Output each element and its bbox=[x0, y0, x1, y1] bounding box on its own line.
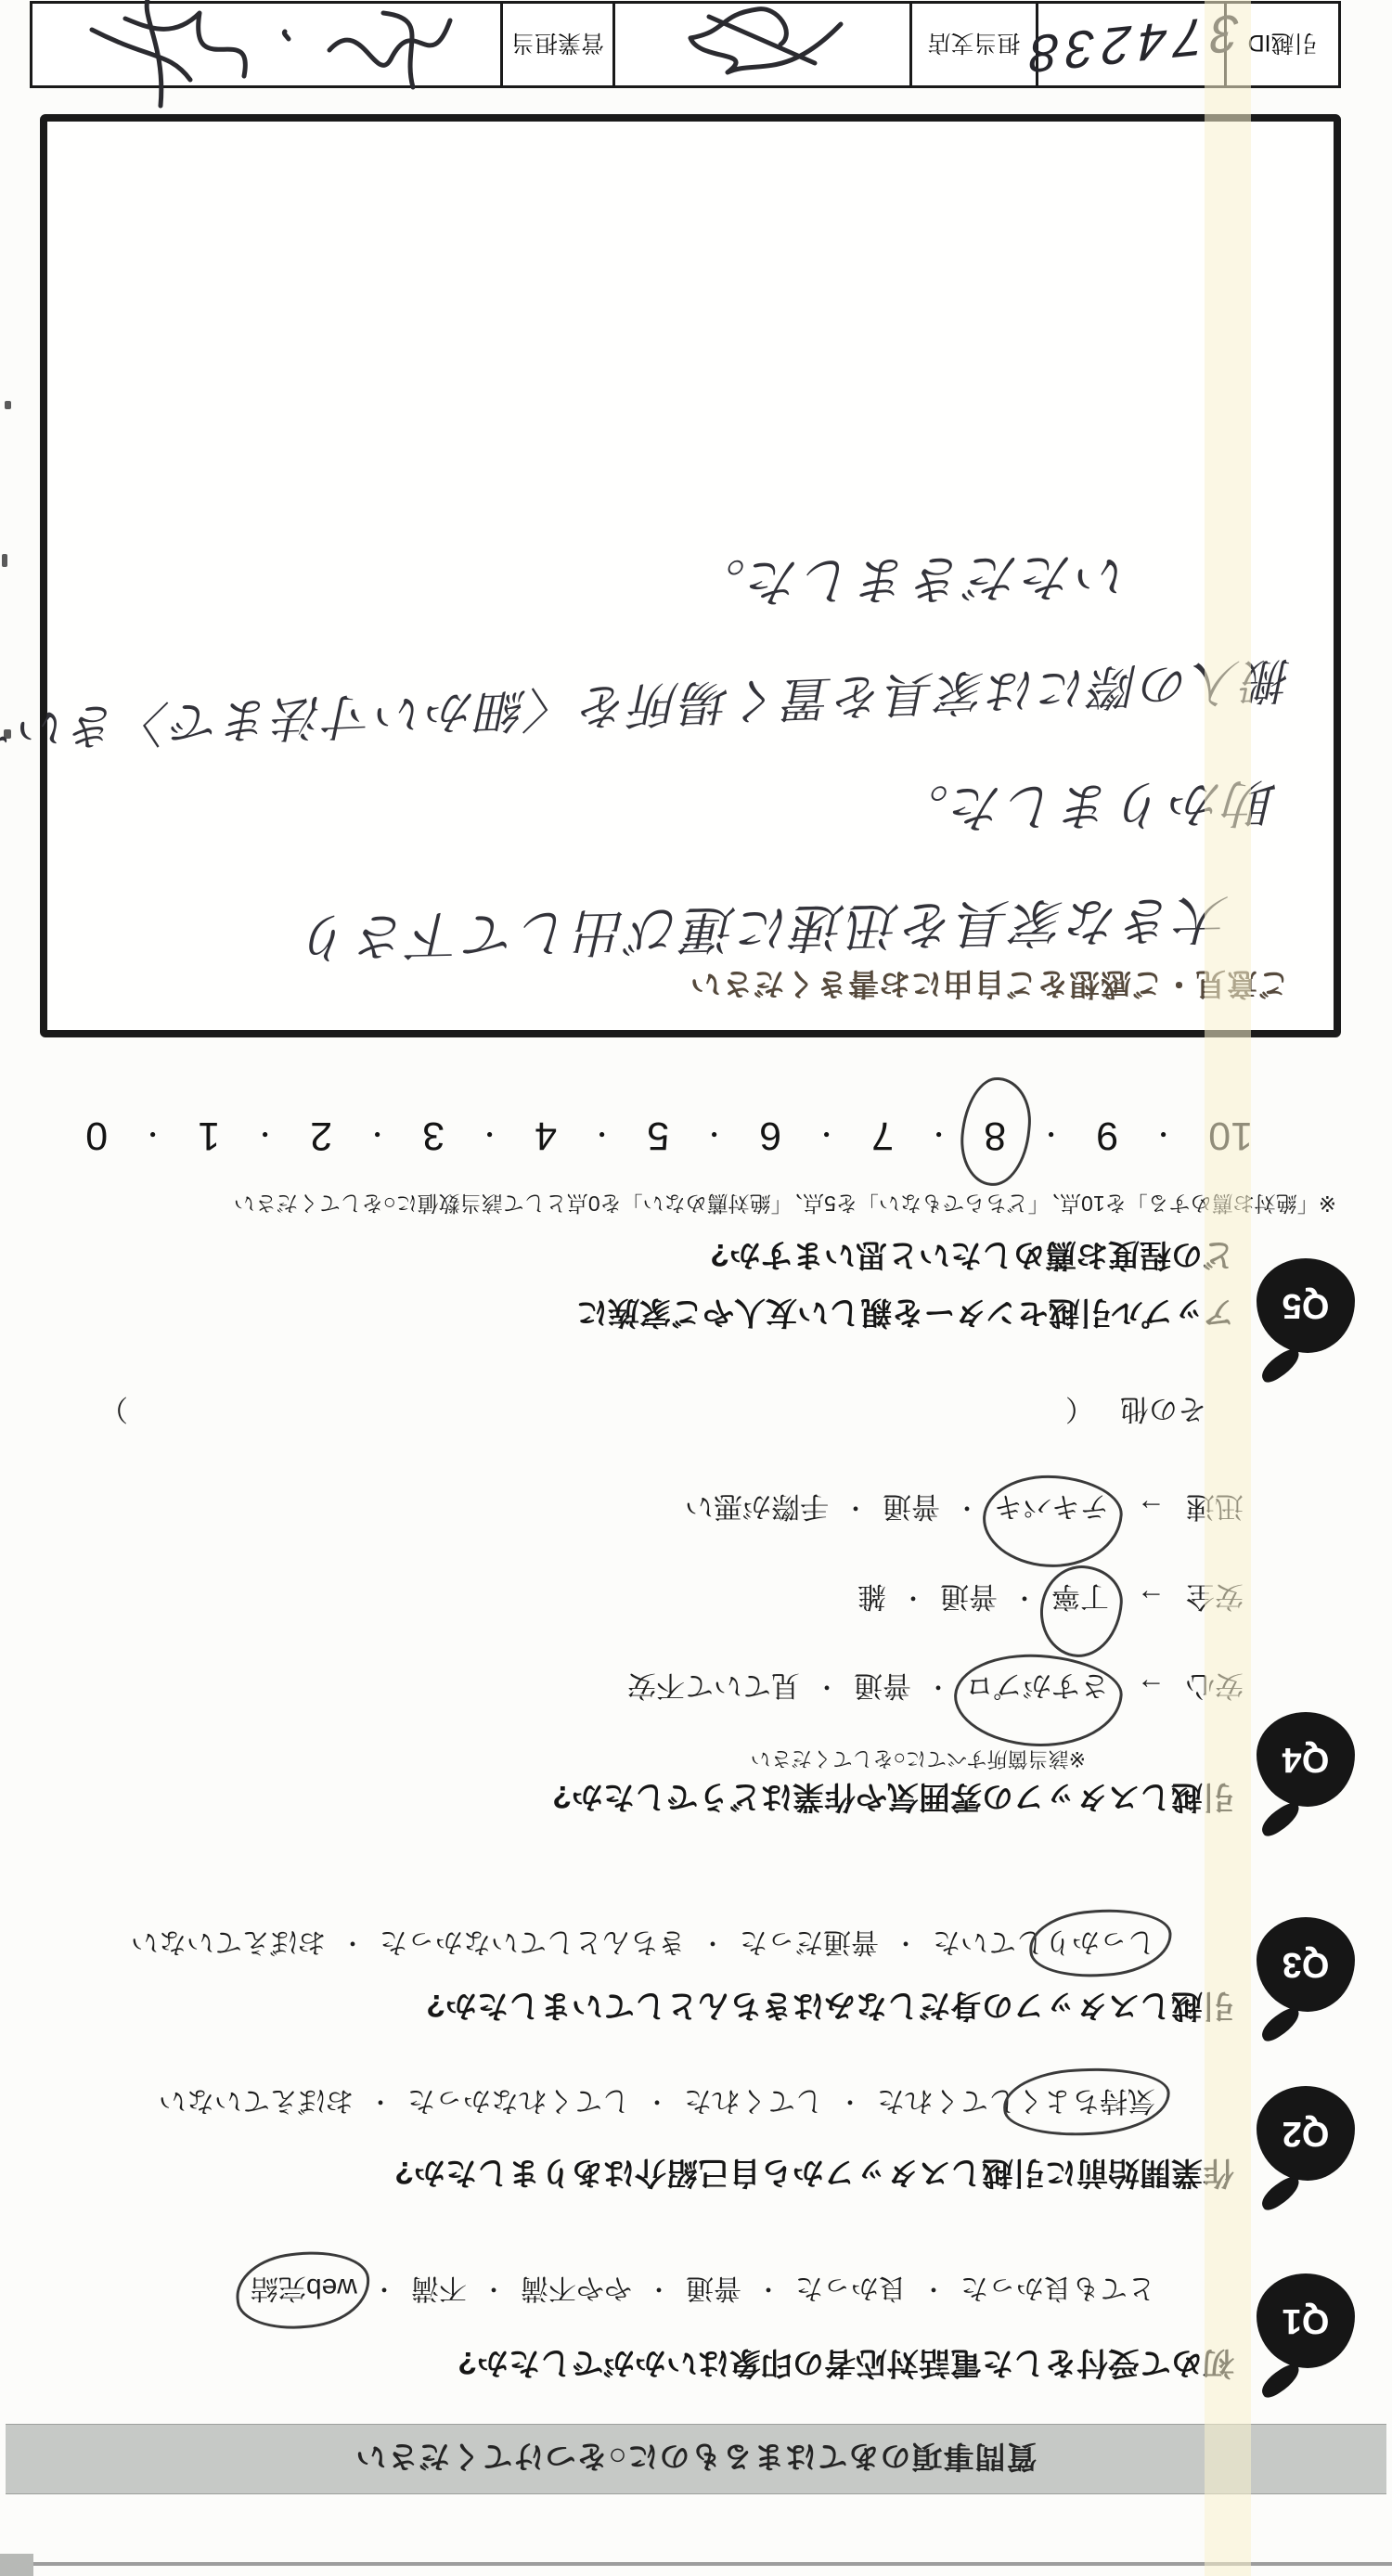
q1-option: 不満 bbox=[411, 2271, 467, 2312]
q4-option-circled: テキパキ bbox=[994, 1488, 1109, 1530]
scale-number: 3 bbox=[422, 1113, 445, 1158]
sales-rep-label: 営業担当 bbox=[511, 28, 604, 61]
q3-option: 普通だった bbox=[740, 1925, 879, 1965]
scale-number: 6 bbox=[759, 1113, 781, 1158]
q1-option: 良かった bbox=[795, 2271, 907, 2312]
scale-number: 5 bbox=[647, 1113, 669, 1158]
option-separator: ・ bbox=[955, 1492, 979, 1526]
scale-dot: ・ bbox=[252, 1117, 278, 1154]
option-separator: ・ bbox=[368, 2087, 393, 2121]
option-separator: ・ bbox=[838, 2087, 862, 2121]
option-separator: ・ bbox=[341, 1928, 365, 1963]
scale-number: 0 bbox=[85, 1113, 108, 1158]
q5-question-line2: どの程度お薦めしたいと思いますか? bbox=[710, 1235, 1234, 1281]
q4-badge: Q4 bbox=[1255, 1701, 1355, 1831]
q4-row-label: 迅速 bbox=[1186, 1488, 1244, 1530]
q4-row-other: その他 （ ） bbox=[99, 1391, 1206, 1433]
q2-option: してくれなかった bbox=[407, 2083, 630, 2124]
branch-label-cell: 担当支店 bbox=[912, 4, 1038, 85]
comment-box-header: ご意見・ご感想をご自由にお書きください bbox=[690, 964, 1289, 1008]
q4-row-anshin: 安心 → さすがプロ・普通・見ていて不安 bbox=[627, 1668, 1244, 1709]
option-separator: ・ bbox=[372, 2274, 396, 2309]
option-separator: ・ bbox=[647, 2274, 671, 2309]
scan-speck bbox=[5, 401, 11, 409]
q1-option-circled: web完結 bbox=[251, 2271, 357, 2312]
scale-number: 7 bbox=[871, 1113, 894, 1158]
q4-row-label: 安全 bbox=[1186, 1578, 1244, 1620]
moving-id-label: 引越ID bbox=[1248, 28, 1318, 61]
scale-dot: ・ bbox=[1151, 1117, 1177, 1154]
paren-open: （ bbox=[1065, 1391, 1094, 1433]
q4-other-label: その他 bbox=[1120, 1391, 1206, 1433]
q4-note: ※該当箇所すべてに○をしてください bbox=[751, 1745, 1086, 1774]
q4-row-anzen: 安全 → 丁寧・普通・雑 bbox=[857, 1578, 1244, 1620]
moving-id-value-cell: 374238 bbox=[1038, 4, 1227, 85]
scale-dot: ・ bbox=[140, 1117, 166, 1154]
sales-rep-label-cell: 営業担当 bbox=[503, 4, 615, 85]
q4-option: 普通 bbox=[883, 1488, 940, 1530]
q4-option-circled: さすがプロ bbox=[965, 1668, 1109, 1709]
q3-badge-label: Q3 bbox=[1257, 1917, 1355, 2012]
option-separator: ・ bbox=[645, 2087, 669, 2121]
option-separator: ・ bbox=[844, 1492, 868, 1526]
scale-dot: ・ bbox=[926, 1117, 952, 1154]
option-separator: ・ bbox=[901, 1582, 925, 1616]
q4-row-jinsoku: 迅速 → テキパキ・普通・手際が悪い bbox=[685, 1488, 1244, 1530]
moving-id-label-cell: 引越ID bbox=[1227, 4, 1338, 85]
q3-option: おぼえていない bbox=[131, 1925, 326, 1965]
option-separator: ・ bbox=[1012, 1582, 1037, 1616]
scale-dot: ・ bbox=[477, 1117, 503, 1154]
option-separator: ・ bbox=[894, 1928, 918, 1963]
q4-option-circled: 丁寧 bbox=[1051, 1578, 1109, 1620]
q2-options: 気持ちよくしてくれた・してくれた・してくれなかった・おぼえていない bbox=[159, 2083, 1155, 2124]
q4-badge-label: Q4 bbox=[1257, 1712, 1355, 1807]
q4-option: 普通 bbox=[854, 1668, 911, 1709]
q1-options: とても良かった・良かった・普通・やや不満・不満・web完結 bbox=[251, 2271, 1155, 2312]
q4-question: 引越しスタッフの雰囲気や作業はどうでしたか? bbox=[552, 1777, 1234, 1823]
arrow-icon: → bbox=[1137, 1583, 1166, 1616]
scale-number: 2 bbox=[310, 1113, 332, 1158]
footer-table: 引越ID 374238 担当支店 営業担当 bbox=[30, 1, 1341, 88]
option-separator: ・ bbox=[701, 1928, 725, 1963]
q4-option: 手際が悪い bbox=[685, 1488, 829, 1530]
q1-badge: Q1 bbox=[1255, 2262, 1355, 2392]
handwritten-comment-line: 搬入の際には家具を置く場所を〈細かい寸法まで〉きいて bbox=[0, 650, 1294, 770]
q2-badge-label: Q2 bbox=[1257, 2086, 1355, 2181]
q3-question: 引越しスタッフの身だしなみはきちんとしていましたか? bbox=[426, 1986, 1234, 2031]
option-separator: ・ bbox=[482, 2274, 506, 2309]
q3-option-circled: しっかりしていた bbox=[933, 1925, 1155, 1965]
branch-label: 担当支店 bbox=[928, 28, 1021, 61]
comment-box: ご意見・ご感想をご自由にお書きください 大きな家具を迅速に運び出して下さり 助か… bbox=[40, 114, 1341, 1037]
q3-options: しっかりしていた・普通だった・きちんとしていなかった・おぼえていない bbox=[131, 1925, 1155, 1965]
q2-badge: Q2 bbox=[1255, 2075, 1355, 2205]
instruction-bar-text: 質問事項のあてはまるものに○をつけてください bbox=[355, 2438, 1038, 2481]
q4-option: 普通 bbox=[940, 1578, 998, 1620]
scale-dot: ・ bbox=[589, 1117, 615, 1154]
q2-question: 作業開始前に引越しスタッフから自己紹介はありましたか? bbox=[394, 2153, 1234, 2198]
q4-option: 雑 bbox=[857, 1578, 886, 1620]
scale-dot: ・ bbox=[702, 1117, 728, 1154]
q5-question-line1: アップル引越センターを親しい友人やご家族に bbox=[576, 1293, 1234, 1338]
q4-row-label: 安心 bbox=[1186, 1668, 1244, 1709]
scale-dot: ・ bbox=[1038, 1117, 1064, 1154]
sales-rep-signature-cell bbox=[32, 4, 503, 85]
scale-dot: ・ bbox=[814, 1117, 840, 1154]
q1-badge-label: Q1 bbox=[1257, 2273, 1355, 2368]
handwritten-sales-rep-signature bbox=[62, 0, 470, 100]
scale-dot: ・ bbox=[365, 1117, 391, 1154]
arrow-icon: → bbox=[1137, 1493, 1166, 1526]
handwritten-branch-signature bbox=[656, 0, 870, 89]
option-separator: ・ bbox=[756, 2274, 780, 2309]
q1-question: 初めて受付をした電話対応者の印象はいかがでしたか? bbox=[458, 2343, 1234, 2389]
q5-note: ※「絶対お薦めする」を10点、「どちらでもない」を5点、「絶対薦めない」を0点と… bbox=[234, 1190, 1336, 1220]
q5-nps-scale: 10・9・8・7・6・5・4・3・2・1・0 bbox=[85, 1113, 1253, 1158]
paren-close: ） bbox=[99, 1391, 128, 1433]
option-separator: ・ bbox=[926, 1671, 950, 1706]
scanned-survey-page: 質問事項のあてはまるものに○をつけてください Q1 初めて受付をした電話対応者の… bbox=[0, 0, 1392, 2576]
handwritten-moving-id: 374238 bbox=[1022, 3, 1241, 86]
instruction-bar: 質問事項のあてはまるものに○をつけてください bbox=[6, 2424, 1386, 2494]
q3-badge: Q3 bbox=[1255, 1906, 1355, 2036]
scale-number: 4 bbox=[535, 1113, 557, 1158]
q1-option: とても良かった bbox=[960, 2271, 1155, 2312]
scale-number: 1 bbox=[198, 1113, 220, 1158]
q3-option: きちんとしていなかった bbox=[380, 1925, 686, 1965]
scan-edge-corner bbox=[0, 2554, 33, 2576]
q1-option: やや不満 bbox=[521, 2271, 632, 2312]
q5-badge: Q5 bbox=[1255, 1247, 1355, 1377]
q5-badge-label: Q5 bbox=[1257, 1258, 1355, 1353]
q4-option: 見ていて不安 bbox=[627, 1668, 800, 1709]
q2-option: おぼえていない bbox=[159, 2083, 354, 2124]
scale-number-circled: 8 bbox=[984, 1113, 1006, 1158]
option-separator: ・ bbox=[922, 2274, 946, 2309]
branch-signature-cell bbox=[615, 4, 912, 85]
q2-option: してくれた bbox=[684, 2083, 823, 2124]
scan-edge-line bbox=[32, 2562, 1392, 2566]
scale-number: 9 bbox=[1096, 1113, 1118, 1158]
q1-option: 普通 bbox=[686, 2271, 741, 2312]
q2-option-circled: 気持ちよくしてくれた bbox=[877, 2083, 1155, 2124]
handwritten-comment-line: いただきました。 bbox=[690, 542, 1129, 624]
handwritten-comment-line: 助かりました。 bbox=[894, 768, 1278, 849]
arrow-icon: → bbox=[1137, 1672, 1166, 1706]
scan-speck bbox=[2, 554, 7, 567]
option-separator: ・ bbox=[815, 1671, 839, 1706]
scale-number: 10 bbox=[1208, 1113, 1253, 1158]
